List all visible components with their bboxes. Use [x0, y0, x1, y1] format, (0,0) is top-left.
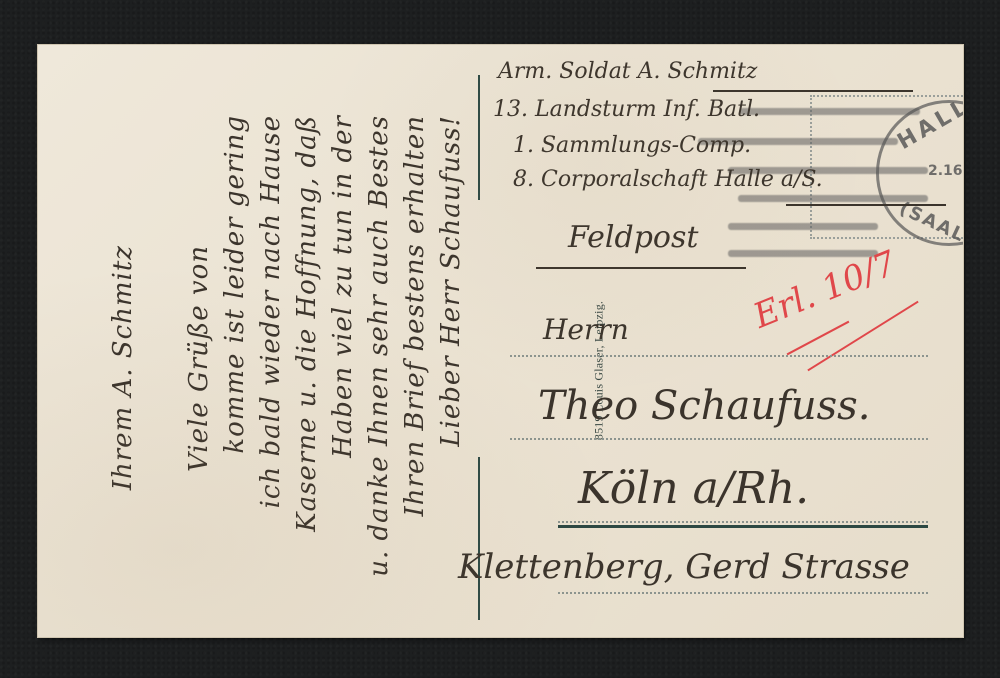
red-annotation: Erl. 10/7: [748, 243, 902, 336]
address-city-underline: [558, 525, 928, 528]
address-line: [558, 521, 928, 523]
sender-line-1: Arm. Soldat A. Schmitz: [498, 59, 757, 84]
underline: [536, 267, 746, 269]
message-line: Viele Grüße von: [184, 245, 214, 472]
recipient-street: Klettenberg, Gerd Strasse: [458, 547, 910, 587]
sender-line-3: 1. Sammlungs-Comp.: [513, 133, 751, 158]
signature: Ihrem A. Schmitz: [108, 245, 138, 490]
cancel-bar: [740, 108, 920, 115]
message-line: Lieber Herr Schaufuss!: [436, 115, 466, 447]
sender-line-4: 8. Corporalschaft Halle a/S.: [513, 167, 823, 192]
printer-imprint: 8519 Louis Glaser, Leipzig.: [592, 251, 607, 491]
recipient-salutation: Herrn: [543, 313, 629, 346]
message-line: Haben viel zu tun in der: [328, 115, 358, 458]
feldpost-mark: Feldpost: [568, 220, 698, 255]
recipient-name: Theo Schaufuss.: [538, 383, 870, 429]
message-line: u. danke Ihnen sehr auch Bestes: [364, 115, 394, 577]
postmark-date: 2.16: [928, 163, 963, 179]
address-line: [510, 438, 928, 440]
message-area: Lieber Herr Schaufuss! Ihren Brief beste…: [98, 105, 503, 637]
address-line: [510, 355, 928, 357]
underline: [786, 204, 946, 206]
message-line: Ihren Brief bestens erhalten: [400, 115, 430, 516]
cancel-bar: [728, 223, 878, 230]
underline: [713, 90, 913, 92]
message-line: ich bald wieder nach Hause: [256, 115, 286, 508]
recipient-city: Köln a/Rh.: [578, 463, 809, 514]
message-line: Kaserne u. die Hoffnung, daß: [292, 115, 322, 532]
message-line: komme ist leider gering: [220, 115, 250, 454]
postcard: 8519 Louis Glaser, Leipzig. Lieber Herr …: [38, 45, 963, 637]
address-line: [558, 592, 928, 594]
sender-line-2: 13. Landsturm Inf. Batl.: [493, 97, 760, 122]
